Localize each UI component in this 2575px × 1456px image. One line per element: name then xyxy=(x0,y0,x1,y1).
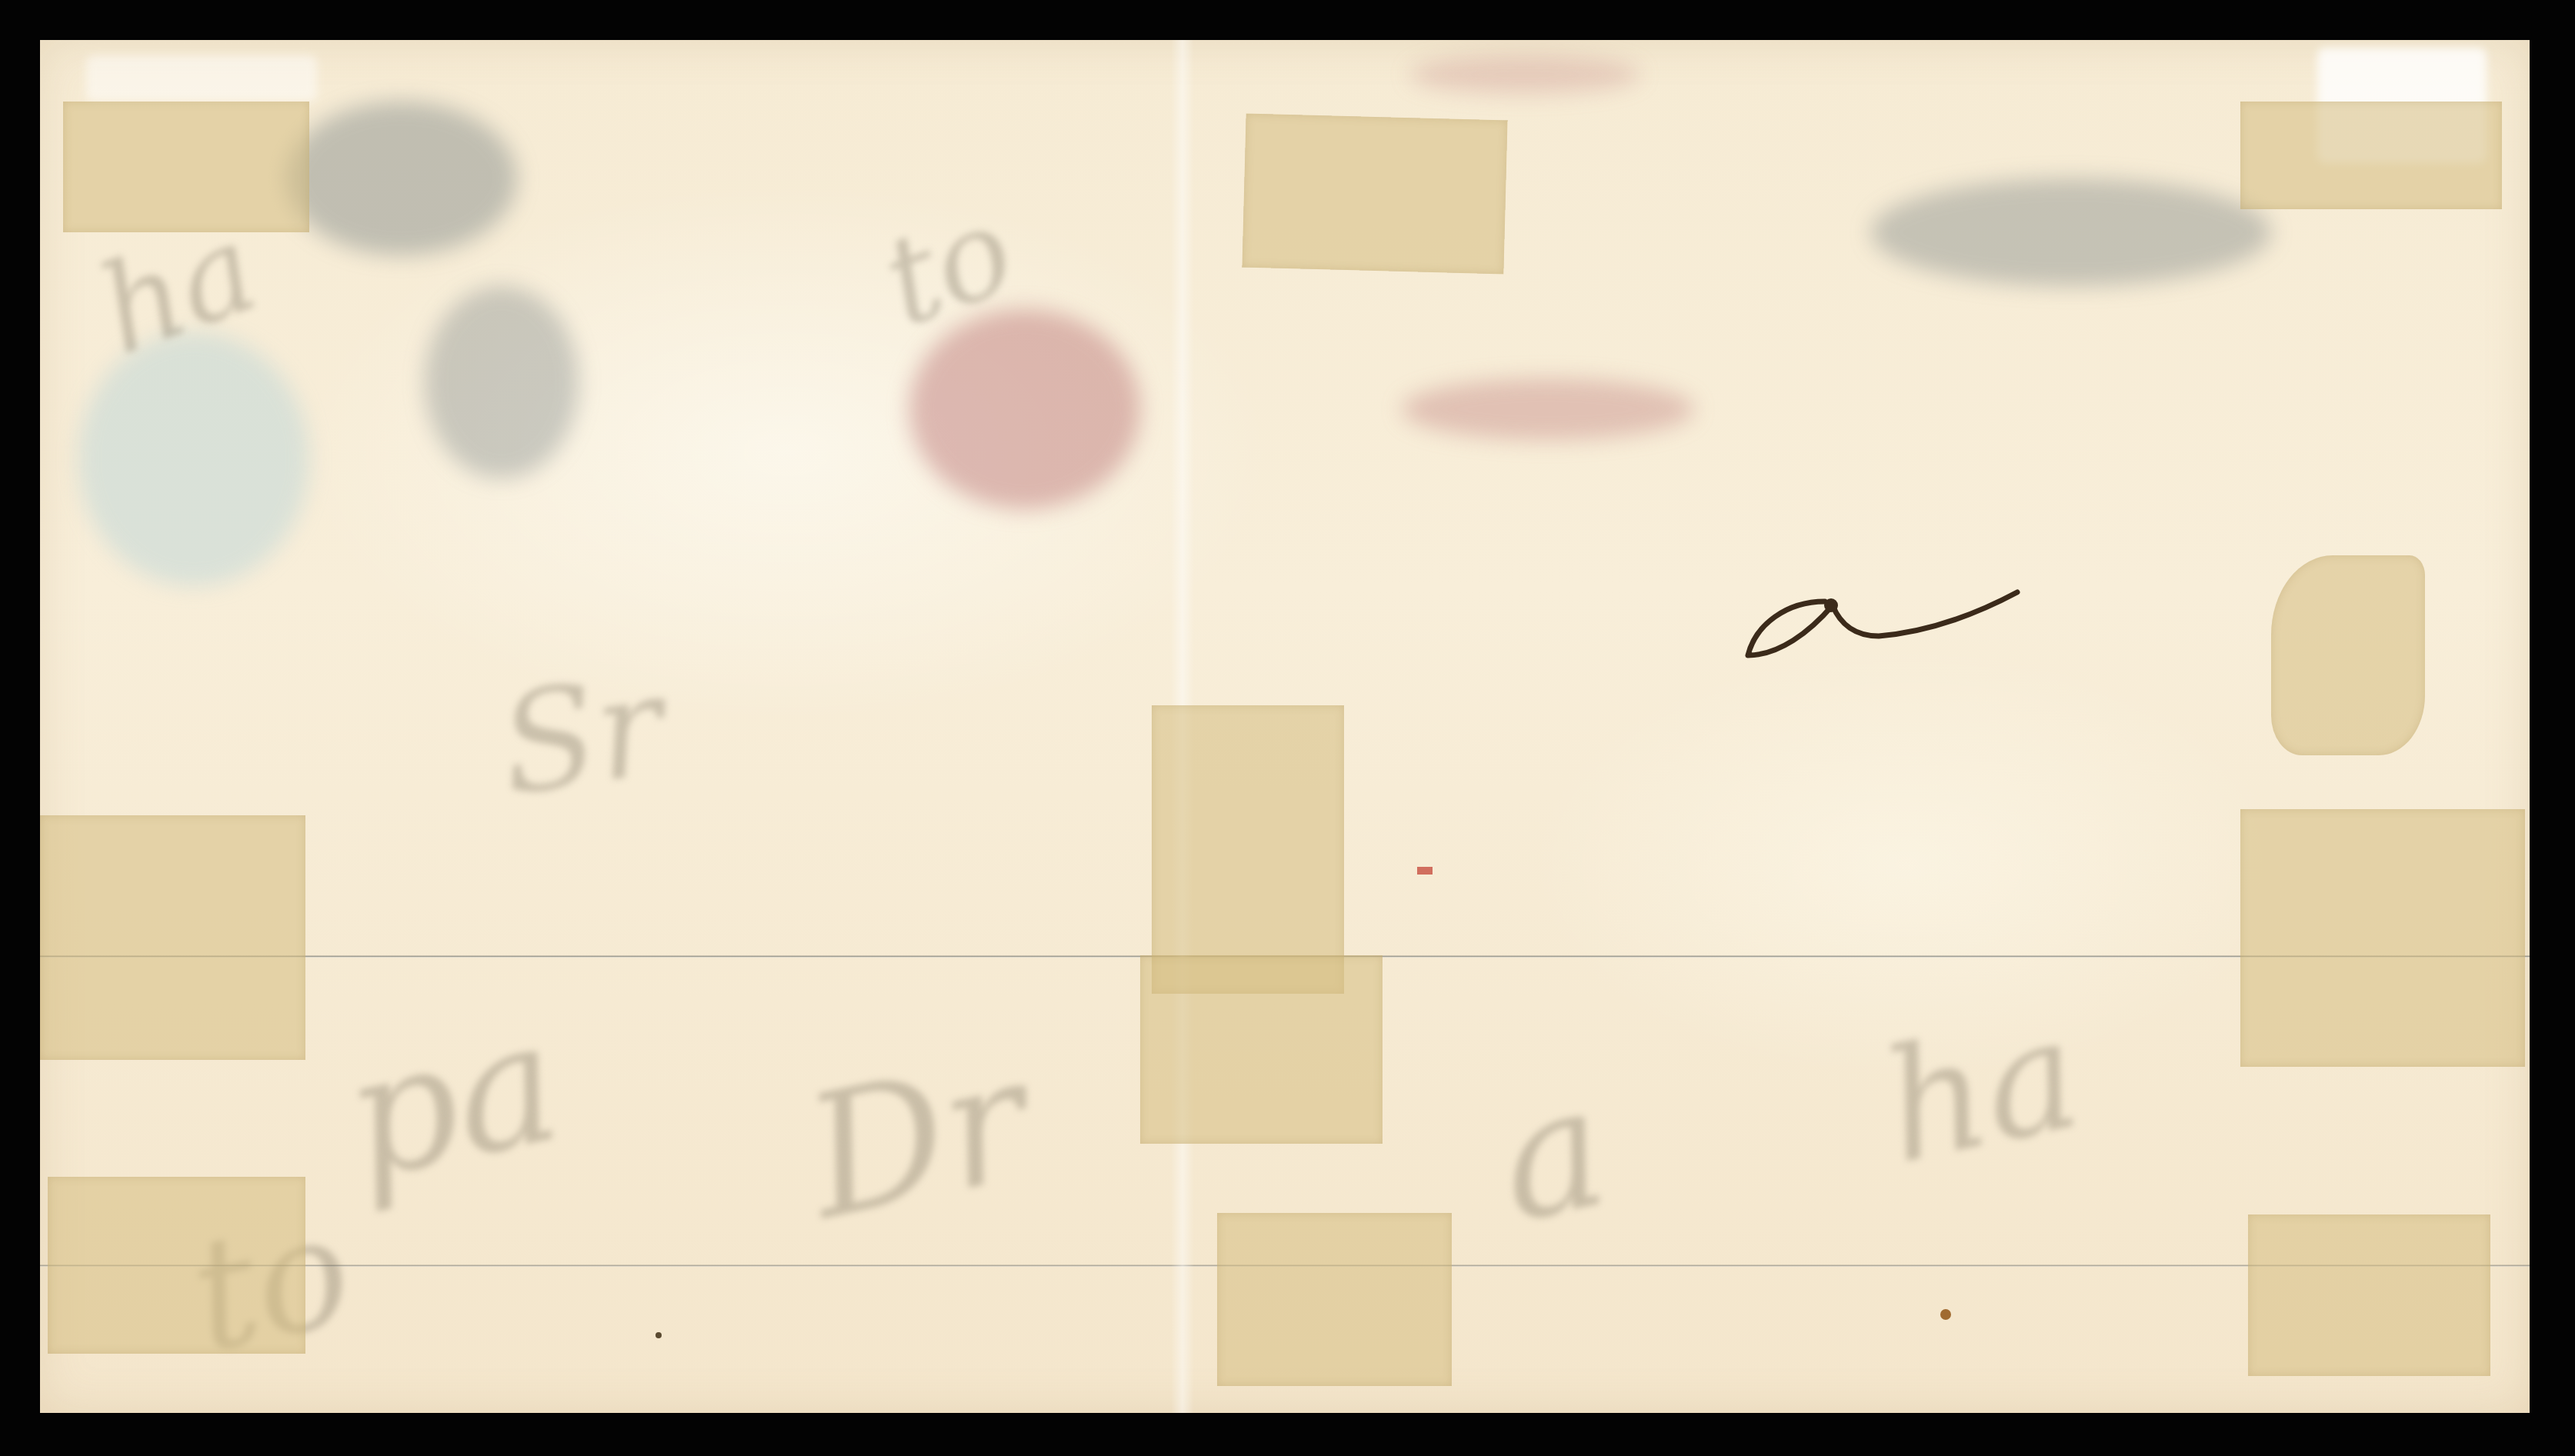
hinge-tape-bottom-center xyxy=(1217,1213,1452,1386)
ink-offset-bluegray xyxy=(286,102,517,255)
photo-stage: Sr ha to pa Dr a ha to xyxy=(0,0,2575,1456)
red-postmark-offset xyxy=(1409,55,1640,94)
ink-offset-bluegray xyxy=(1871,178,2271,286)
hinge-tape-right-middle xyxy=(2240,809,2525,1067)
show-through-handwriting: ha xyxy=(1870,984,2093,1198)
hinge-tape-right-fragment xyxy=(2271,555,2425,755)
show-through-handwriting: pa xyxy=(329,982,575,1218)
hinge-tape-center xyxy=(1152,705,1344,994)
hinge-tape-left-middle xyxy=(40,815,305,1060)
hinge-tape-top-left xyxy=(63,102,309,232)
paper-scrape xyxy=(86,55,317,102)
show-through-handwriting: Sr xyxy=(491,645,672,826)
letter-sheet: Sr ha to pa Dr a ha to xyxy=(40,40,2530,1413)
blue-trace-smudge xyxy=(78,332,309,586)
hinge-tape-center-lower xyxy=(1140,955,1383,1144)
paper-speck xyxy=(655,1332,662,1338)
red-postmark-offset xyxy=(1402,378,1694,440)
pen-annotation-a xyxy=(1694,571,2063,678)
hinge-tape-top-center xyxy=(1242,114,1507,275)
ink-offset-bluegray xyxy=(425,286,579,478)
hinge-tape-bottom-right xyxy=(2248,1214,2490,1376)
show-through-handwriting: a xyxy=(1483,1047,1623,1261)
hinge-tape-top-right xyxy=(2240,102,2502,209)
show-through-handwriting: Dr xyxy=(791,1020,1044,1258)
red-speck xyxy=(1417,867,1433,875)
paper-speck xyxy=(1940,1309,1951,1320)
hinge-tape-bottom-left xyxy=(48,1177,305,1354)
